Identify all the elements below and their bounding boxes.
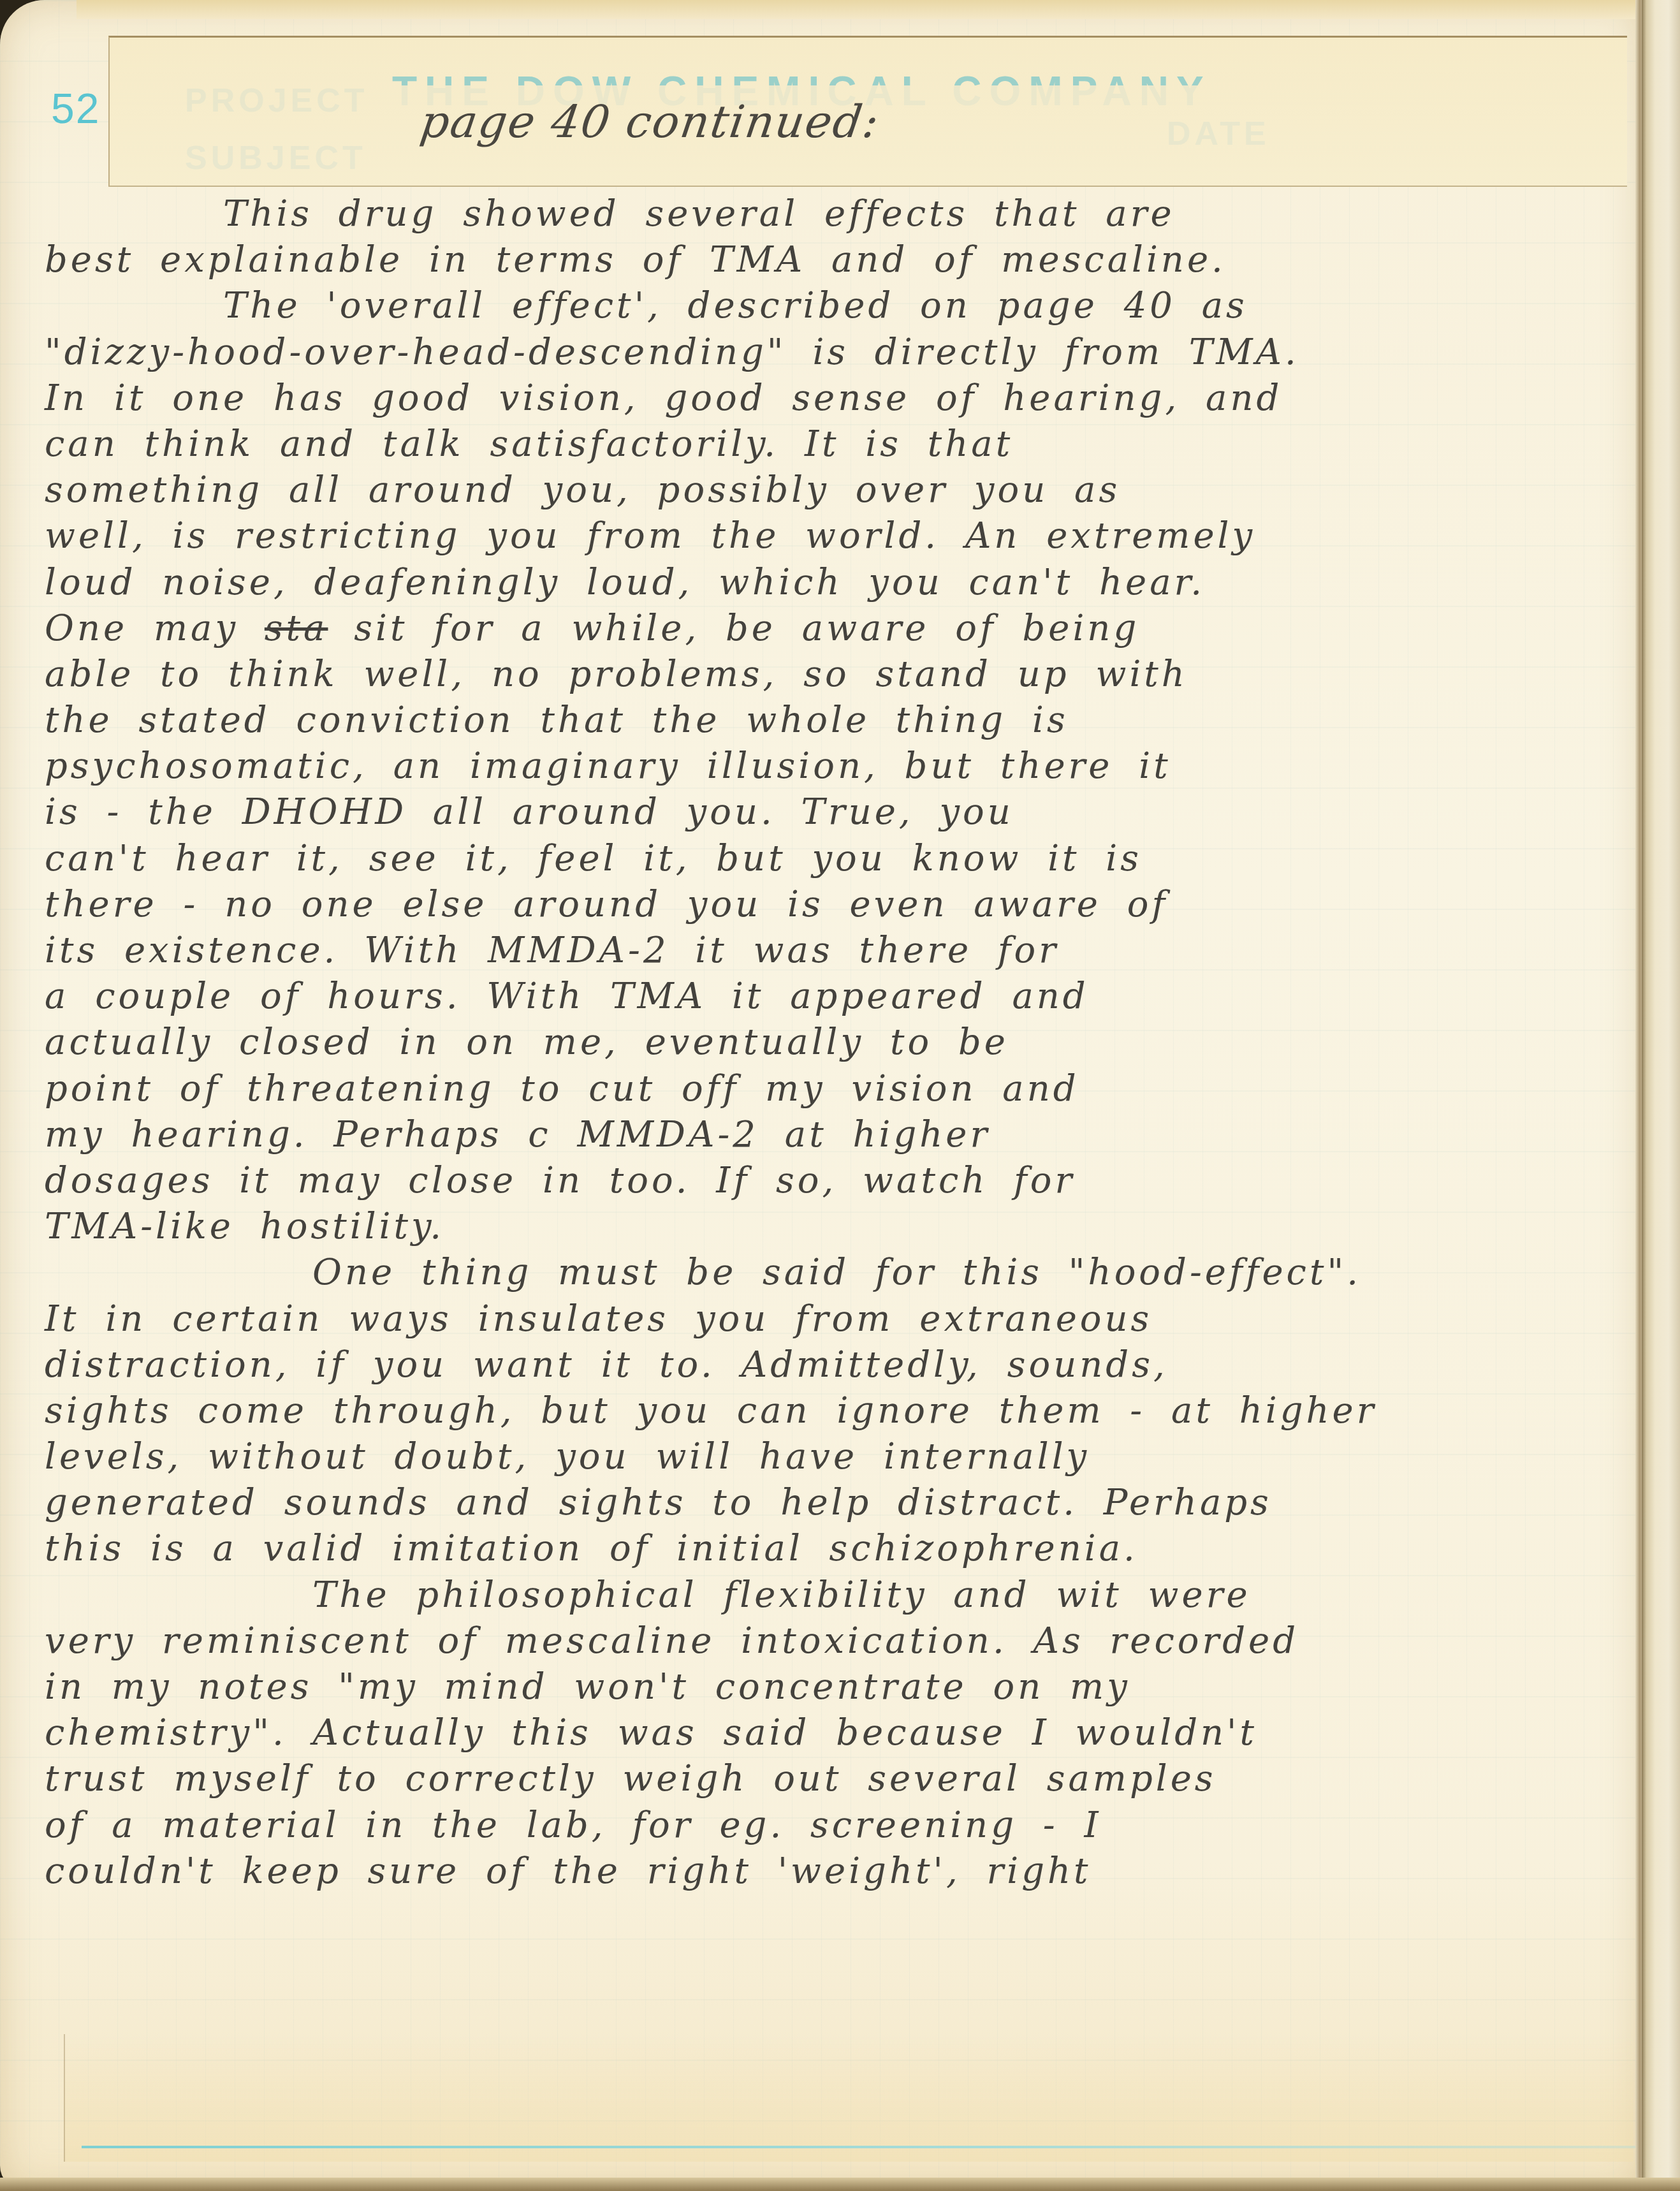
notebook-spine [1642,0,1680,2191]
text-line: very reminiscent of mescaline intoxicati… [45,1618,1607,1664]
text-line: a couple of hours. With TMA it appeared … [45,974,1607,1020]
text-line: the stated conviction that the whole thi… [45,698,1607,744]
line-text-before: One may [45,608,265,649]
text-line: This drug showed several effects that ar… [45,191,1607,237]
text-line-with-strikeout: One may sta sit for a while, be aware of… [45,606,1607,652]
notebook-page: 52 THE DOW CHEMICAL COMPANY THE DOW CHEM… [0,0,1642,2191]
text-line: point of threatening to cut off my visio… [45,1066,1607,1112]
text-line: In it one has good vision, good sense of… [45,376,1607,421]
text-line: of a material in the lab, for eg. screen… [45,1803,1607,1849]
text-line: is - the DHOHD all around you. True, you [45,789,1607,835]
text-line: TMA-like hostility. [45,1204,1607,1250]
text-line: The philosophical flexibility and wit we… [45,1572,1607,1618]
text-line: this is a valid imitation of initial sch… [45,1526,1607,1572]
text-line: in my notes "my mind won't concentrate o… [45,1664,1607,1710]
text-line: loud noise, deafeningly loud, which you … [45,560,1607,606]
text-line: dosages it may close in too. If so, watc… [45,1158,1607,1204]
text-line: can't hear it, see it, feel it, but you … [45,836,1607,882]
line-text-after: sit for a while, be aware of being [328,608,1139,649]
handwritten-body: This drug showed several effects that ar… [45,191,1607,1894]
struck-out-word: sta [265,608,328,649]
text-line: distraction, if you want it to. Admitted… [45,1342,1607,1388]
text-line: psychosomatic, an imaginary illusion, bu… [45,744,1607,789]
text-line: sights come through, but you can ignore … [45,1388,1607,1434]
text-line: there - no one else around you is even a… [45,882,1607,928]
text-line: generated sounds and sights to help dist… [45,1480,1607,1526]
text-line: One thing must be said for this "hood-ef… [45,1250,1607,1296]
text-line: can think and talk satisfactorily. It is… [45,421,1607,467]
text-line: well, is restricting you from the world.… [45,513,1607,559]
text-line: its existence. With MMDA-2 it was there … [45,928,1607,974]
project-field-label: PROJECT [185,82,369,120]
page-number: 52 [51,84,100,133]
subject-field-label: SUBJECT [185,139,367,177]
text-line: something all around you, possibly over … [45,467,1607,513]
text-line: best explainable in terms of TMA and of … [45,237,1607,283]
text-line: levels, without doubt, you will have int… [45,1434,1607,1480]
date-field-label: DATE [1167,115,1270,153]
text-line: trust myself to correctly weigh out seve… [45,1756,1607,1802]
text-line: able to think well, no problems, so stan… [45,652,1607,698]
text-line: actually closed in on me, eventually to … [45,1020,1607,1066]
text-line: The 'overall effect', described on page … [45,283,1607,329]
bottom-page-edge [0,2178,1680,2191]
text-line: couldn't keep sure of the right 'weight'… [45,1849,1607,1894]
text-line: my hearing. Perhaps c MMDA-2 at higher [45,1112,1607,1158]
text-line: "dizzy-hood-over-head-descending" is dir… [45,330,1607,376]
page-heading: page 40 continued: [417,96,883,148]
text-line: chemistry". Actually this was said becau… [45,1710,1607,1756]
bottom-blue-rule [82,2146,1637,2148]
text-line: It in certain ways insulates you from ex… [45,1296,1607,1342]
bottom-fold-strip [64,2034,1633,2162]
page-top-band [77,0,1635,19]
